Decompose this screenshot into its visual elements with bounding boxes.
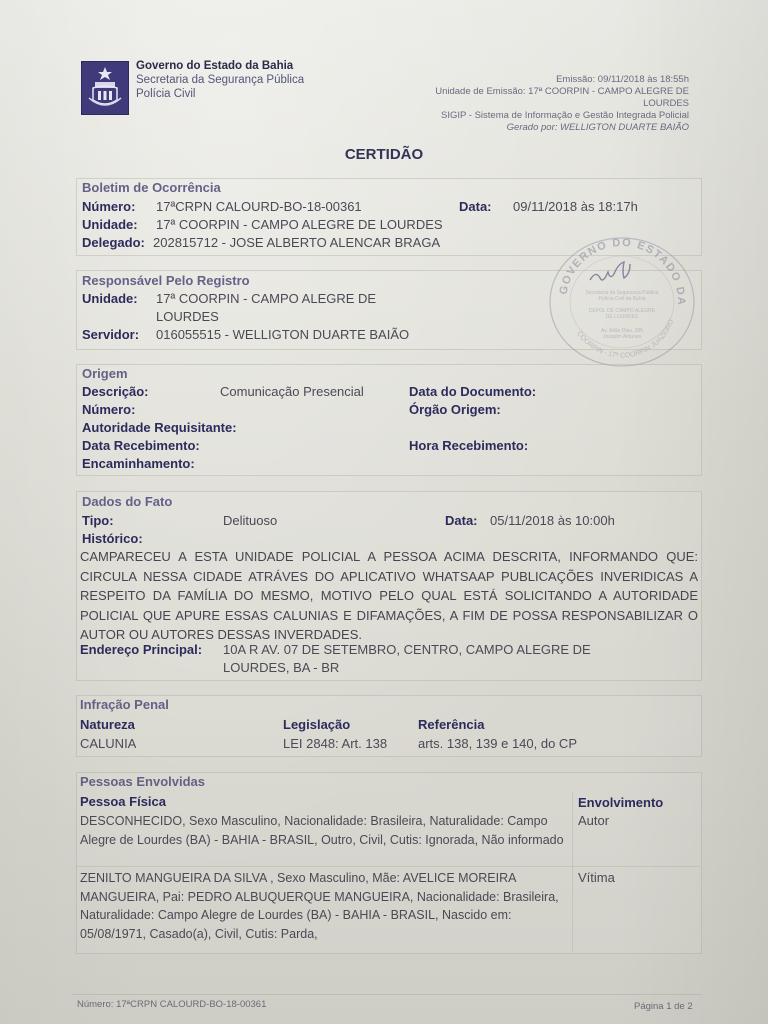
pessoas-heading: Pessoas Envolvidas <box>80 774 205 789</box>
stamp-line2: Polícia Civil da Bahia <box>599 296 646 302</box>
origem-heading: Origem <box>82 366 128 381</box>
header-secretaria: Secretaria da Segurança Pública <box>136 74 304 86</box>
data-recebimento-label: Data Recebimento: <box>82 438 200 453</box>
header-policia: Polícia Civil <box>136 88 195 100</box>
responsavel-unidade-value-cont: LOURDES <box>156 309 219 324</box>
responsavel-heading: Responsável Pelo Registro <box>82 273 250 288</box>
numero-value: 17ªCRPN CALOURD-BO-18-00361 <box>156 199 362 214</box>
servidor-value: 016055515 - WELLIGTON DUARTE BAIÃO <box>156 327 409 342</box>
origem-numero-label: Número: <box>82 402 135 417</box>
unidade-label: Unidade: <box>82 217 138 232</box>
infracao-referencia: arts. 138, 139 e 140, do CP <box>418 736 577 751</box>
pessoas-col-envolvimento: Envolvimento <box>578 795 663 810</box>
data-label: Data: <box>459 199 492 214</box>
page-title: CERTIDÃO <box>0 146 768 163</box>
header-unidade-emissao: Unidade de Emissão: 17ª COORPIN - CAMPO … <box>435 86 689 97</box>
header-emissao: Emissão: 09/11/2018 às 18:55h <box>556 74 689 85</box>
official-stamp: GOVERNO DO ESTADO DA BAHIA COORPIN - 17ª… <box>548 236 696 368</box>
header-org: Governo do Estado da Bahia <box>136 60 293 72</box>
descricao-label: Descrição: <box>82 384 148 399</box>
pessoa-row-1-envolvimento: Autor <box>578 813 609 828</box>
infracao-col-legislacao: Legislação <box>283 717 350 732</box>
header-gerado-por: Gerado por: WELLIGTON DUARTE BAIÃO <box>507 122 689 133</box>
boletim-heading: Boletim de Ocorrência <box>82 180 221 195</box>
bahia-coat-of-arms-icon <box>81 61 129 115</box>
responsavel-unidade-label: Unidade: <box>82 291 138 306</box>
pessoa-row-2-descricao: ZENILTO MANGUEIRA DA SILVA , Sexo Mascul… <box>80 869 564 943</box>
tipo-value: Delituoso <box>223 513 277 528</box>
historico-label: Histórico: <box>82 531 143 546</box>
header-unidade-emissao-cont: LOURDES <box>643 98 689 109</box>
pessoas-col-pessoa-fisica: Pessoa Física <box>80 794 166 809</box>
document-page: Governo do Estado da Bahia Secretaria da… <box>0 0 768 1024</box>
endereco-value: 10A R AV. 07 DE SETEMBRO, CENTRO, CAMPO … <box>223 642 591 657</box>
fato-data-label: Data: <box>445 513 478 528</box>
data-value: 09/11/2018 às 18:17h <box>513 199 638 214</box>
infracao-legislacao: LEI 2848: Art. 138 <box>283 736 387 751</box>
data-documento-label: Data do Documento: <box>409 384 536 399</box>
infracao-section <box>76 695 702 757</box>
hora-recebimento-label: Hora Recebimento: <box>409 438 528 453</box>
historico-text: CAMPARECEU A ESTA UNIDADE POLICIAL A PES… <box>80 547 698 645</box>
servidor-label: Servidor: <box>82 327 139 342</box>
stamp-line4: DE LOURDES <box>606 314 639 320</box>
endereco-label: Endereço Principal: <box>80 642 202 657</box>
infracao-heading: Infração Penal <box>80 697 169 712</box>
autoridade-label: Autoridade Requisitante: <box>82 420 237 435</box>
infracao-natureza: CALUNIA <box>80 736 136 751</box>
stamp-line6: Joaquim Antunes <box>603 334 642 340</box>
numero-label: Número: <box>82 199 135 214</box>
encaminhamento-label: Encaminhamento: <box>82 456 195 471</box>
pessoa-row-1-descricao: DESCONHECIDO, Sexo Masculino, Nacionalid… <box>80 812 572 849</box>
infracao-col-referencia: Referência <box>418 717 484 732</box>
descricao-value: Comunicação Presencial <box>220 384 364 399</box>
pessoa-row-2-envolvimento: Vítima <box>578 870 615 885</box>
header-sigip: SIGIP - Sistema de Informação e Gestão I… <box>441 110 689 121</box>
footer-pagina: Página 1 de 2 <box>634 1001 693 1012</box>
orgao-origem-label: Órgão Origem: <box>409 402 501 417</box>
tipo-label: Tipo: <box>82 513 114 528</box>
infracao-col-natureza: Natureza <box>80 717 135 732</box>
footer-numero: Número: 17ªCRPN CALOURD-BO-18-00361 <box>77 999 266 1010</box>
fato-heading: Dados do Fato <box>82 494 172 509</box>
endereco-value-cont: LOURDES, BA - BR <box>223 660 339 675</box>
fato-data-value: 05/11/2018 às 10:00h <box>490 513 615 528</box>
responsavel-unidade-value: 17ª COORPIN - CAMPO ALEGRE DE <box>156 291 376 306</box>
unidade-value: 17ª COORPIN - CAMPO ALEGRE DE LOURDES <box>156 217 443 232</box>
delegado-label: Delegado: <box>82 235 145 250</box>
delegado-value: 202815712 - JOSE ALBERTO ALENCAR BRAGA <box>153 235 440 250</box>
